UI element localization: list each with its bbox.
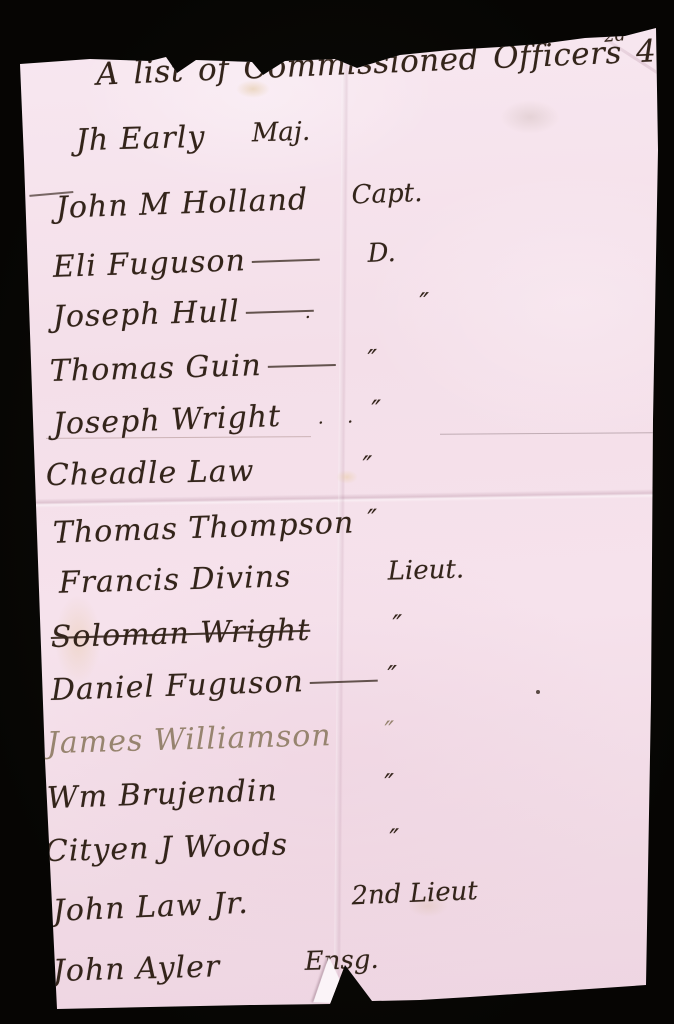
officer-rank: Lieut. [387,554,464,586]
officer-rank: ″ [367,505,378,535]
officer-rank: ″ [371,395,382,425]
officer-name: John Ayler [52,949,220,989]
torn-paper-flap [313,956,353,1003]
officer-name: John Law Jr. [52,886,249,929]
page-title: A list of Commissioned Officers 43d. [96,31,674,93]
officer-name: Joseph Wright [52,399,281,442]
officer-name: Joseph Hull [52,292,314,335]
officer-name: Thomas Thompson [52,505,355,551]
officer-name: Cheadle Law [46,454,255,493]
officer-name: Soloman Wright [50,613,310,655]
manuscript-page: 2d A list of Commissioned Officers 43d. … [0,0,674,1024]
officer-name: Wm Brujendin [46,773,278,816]
officer-rank: ″ [367,345,378,375]
officer-rank: Maj. [251,117,310,149]
dot-marks: . [305,302,320,323]
officer-name: John M Holland [55,182,308,226]
officer-rank: ″ [362,451,372,481]
officer-row: Jh Early Maj. [0,107,674,178]
scan-background: 2d A list of Commissioned Officers 43d. … [0,0,674,1024]
dot-marks: . . [317,406,362,429]
officer-rank: ″ [392,610,403,640]
officer-name: James Williamson [46,718,332,761]
officer-name: Thomas Guin [49,346,336,389]
officer-rank: 2nd Lieut [351,876,479,911]
officer-name: Eli Fuguson [52,241,320,285]
officer-rank: D. [367,238,396,269]
officer-name: Jh Early [75,120,205,159]
officer-name: Cityen J Woods [44,827,288,869]
officer-rank: ″ [384,769,395,799]
officer-rank: ″ [384,716,395,746]
officer-rank: Capt. [351,178,423,210]
officer-rank: ″ [419,288,430,318]
officer-rank: ″ [387,661,398,691]
officer-rank: ″ [389,824,400,854]
officer-name: Francis Divins [58,559,291,600]
